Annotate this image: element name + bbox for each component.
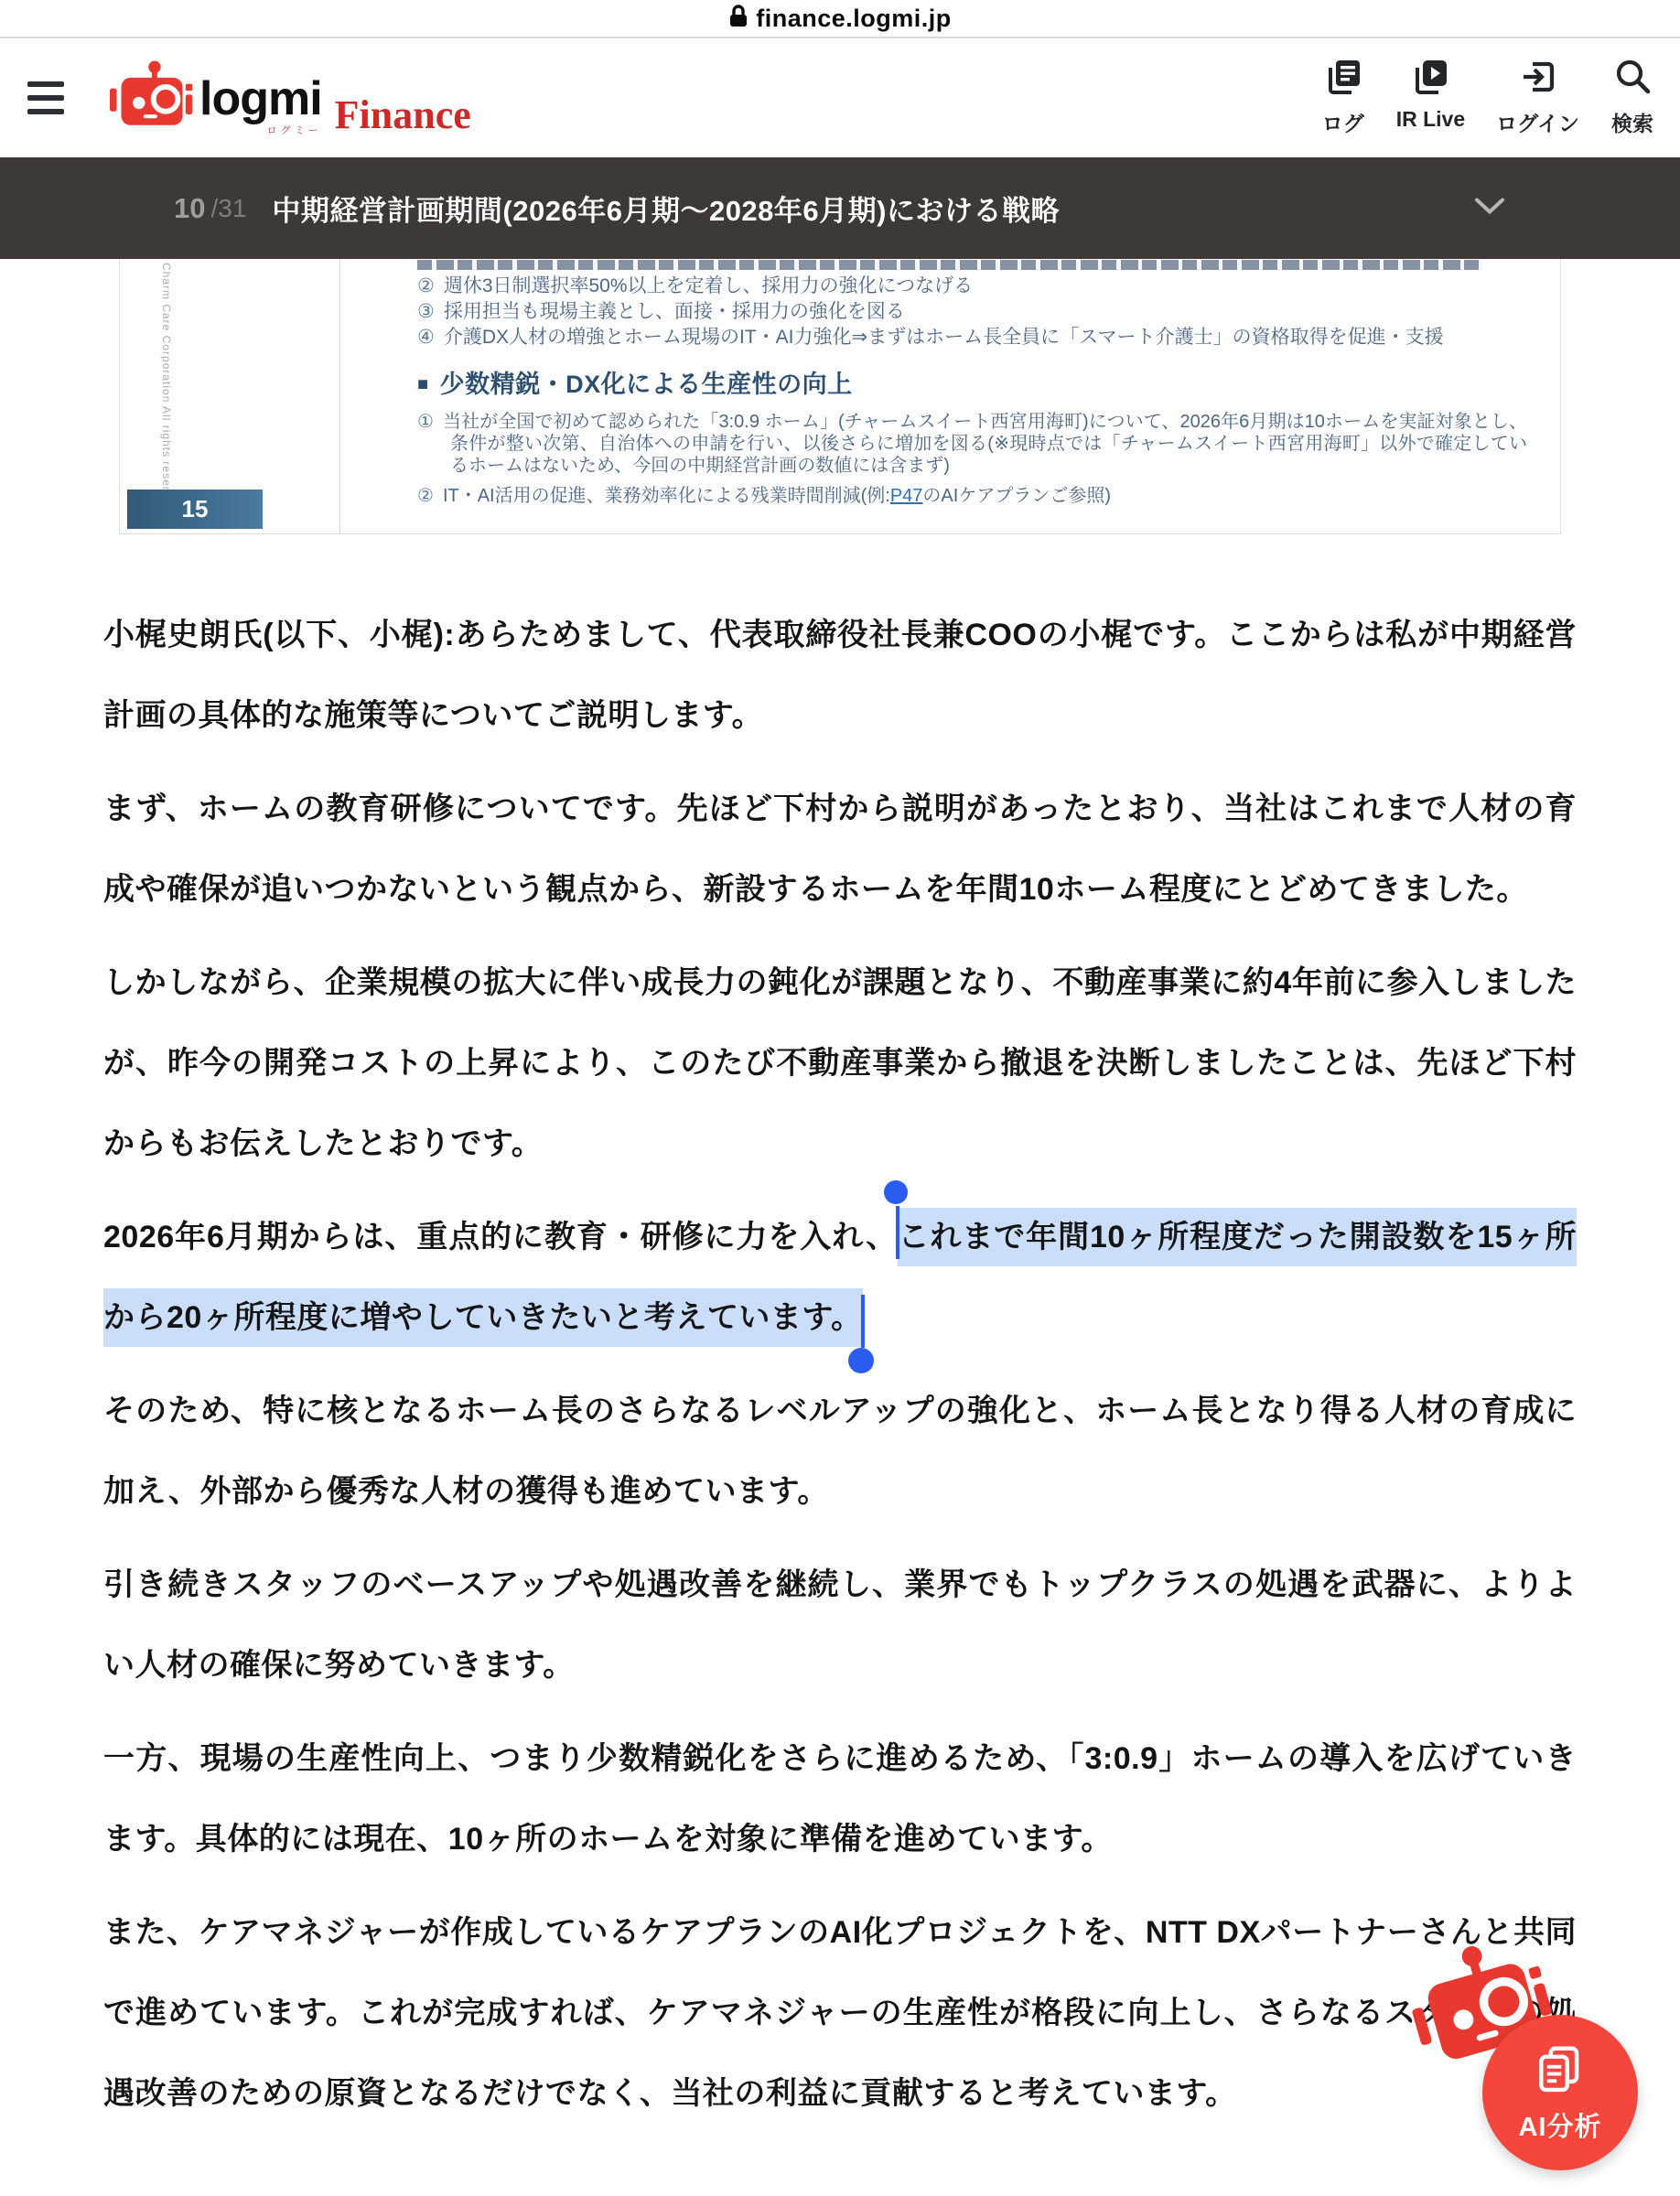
article-paragraph-with-selection: 2026年6月期からは、重点的に教育・研修に力を入れ、これまで年間10ヶ所程度だ… [103,1197,1577,1358]
chevron-down-icon[interactable] [1473,196,1506,221]
logmi-finance-logo[interactable]: logmi ログミー Finance [110,59,471,137]
video-play-icon [1408,55,1452,103]
slide-content: ②週休3日制選択率50%以上を定着し、採用力の強化につなげる ③採用担当も現場主… [417,259,1527,507]
log-list-icon [1321,55,1365,103]
ai-analysis-label: AI分析 [1518,2106,1601,2144]
article-paragraph: また、ケアマネジャーが作成しているケアプランのAI化プロジェクトを、NTT DX… [103,1892,1577,2134]
article-paragraph: 一方、現場の生産性向上、つまり少数精鋭化をさらに進めるため、「3:0.9」ホーム… [103,1718,1577,1879]
slide-copyright-vertical: Charm Care Corporation All rights reserv… [160,263,173,519]
nav-search-button[interactable]: 検索 [1610,55,1654,137]
slide-left-column: Charm Care Corporation All rights reserv… [120,259,340,533]
nav-login-button[interactable]: ログイン [1496,55,1579,137]
article-paragraph: 小梶史朗氏(以下、小梶):あらためまして、代表取締役社長兼COOの小梶です。ここ… [103,595,1577,756]
slide-current-number: 10 [174,192,205,225]
slide-title: 中期経営計画期間(2026年6月期〜2028年6月期)における戦略 [272,188,1060,229]
ai-analysis-fab: AI分析 [1427,1951,1638,2170]
logo-finance-text: Finance [335,95,471,137]
logo-wordmark: logmi [199,72,322,125]
slide-bullet: ③採用担当も現場主義とし、面接・採用力の強化を図る [417,299,1527,325]
search-icon [1610,55,1654,103]
square-bullet-icon: ■ [417,374,429,394]
slide-bullet: ②週休3日制選択率50%以上を定着し、採用力の強化につなげる [417,274,1527,299]
slide-page-number: 15 [127,490,263,529]
documents-icon [1532,2041,1588,2103]
header-nav: ログ IR Live ログイン 検索 [1321,55,1654,137]
article-paragraph: 引き続きスタッフのベースアップや処遇改善を継続し、業界でもトップクラスの処遇を武… [103,1545,1577,1706]
ai-analysis-button[interactable]: AI分析 [1482,2015,1638,2170]
article-paragraph: まず、ホームの教育研修についてです。先ほど下村から説明があったとおり、当社はこれ… [103,769,1577,930]
url-text: finance.logmi.jp [756,5,952,33]
nav-log-button[interactable]: ログ [1321,55,1365,137]
browser-url-bar[interactable]: finance.logmi.jp [0,0,1680,38]
site-header: logmi ログミー Finance ログ IR Live [0,38,1680,157]
p47-link[interactable]: P47 [890,486,923,506]
slide-title-bar[interactable]: 10 /31 中期経営計画期間(2026年6月期〜2028年6月期)における戦略 [0,157,1680,259]
lock-icon [728,5,748,33]
login-arrow-icon [1516,55,1560,103]
article-paragraph: しかしながら、企業規模の拡大に伴い成長力の鈍化が課題となり、不動産事業に約4年前… [103,942,1577,1184]
slide-bullet: ④介護DX人材の増強とホーム現場のIT・AI力強化⇒まずはホーム長全員に「スマー… [417,325,1527,350]
logmi-robot-icon [110,59,194,137]
slide-sub-bullet: ②IT・AI活用の促進、業務効率化による残業時間削減(例:P47のAIケアプラン… [417,485,1527,507]
article-paragraph: そのため、特に核となるホーム長のさらなるレベルアップの強化と、ホーム長となり得る… [103,1371,1577,1532]
article-body: 小梶史朗氏(以下、小梶):あらためまして、代表取締役社長兼COOの小梶です。ここ… [0,534,1680,2134]
slide-sub-bullet: ①当社が全国で初めて認められた「3:0.9 ホーム」(チャームスイート西宮用海町… [417,411,1527,477]
slide-section-heading: ■少数精鋭・DX化による生産性の向上 [417,364,1527,400]
slide-image[interactable]: Charm Care Corporation All rights reserv… [119,259,1561,534]
hamburger-menu-button[interactable] [27,81,64,114]
nav-ir-live-button[interactable]: IR Live [1396,55,1465,137]
slide-cropped-text-row [417,260,1482,270]
page: finance.logmi.jp logmi ログ [0,0,1680,2196]
slide-total-number: /31 [210,194,246,223]
